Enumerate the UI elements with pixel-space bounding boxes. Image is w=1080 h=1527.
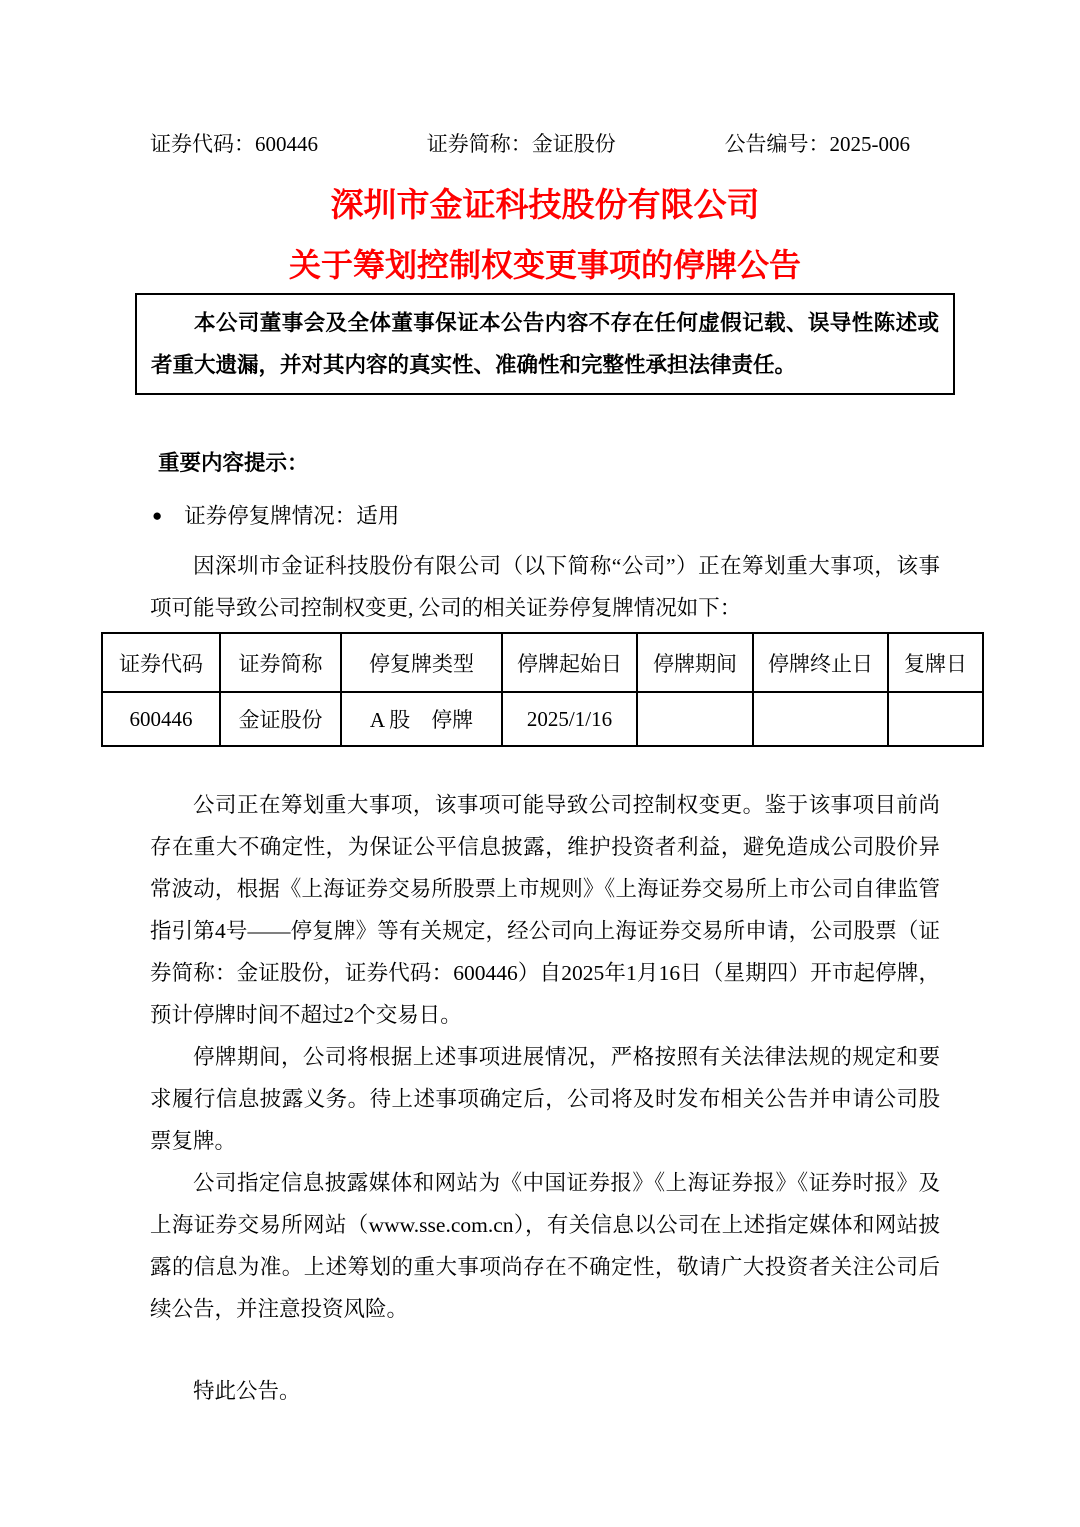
col-header-end-date: 停牌终止日 [753, 633, 888, 692]
stock-code: 证券代码：600446 [150, 131, 318, 157]
table-row: 600446 金证股份 A 股 停牌 2025/1/16 [102, 692, 983, 746]
body-paragraph-1: 公司正在筹划重大事项，该事项可能导致公司控制权变更。鉴于该事项目前尚存在重大不确… [150, 784, 940, 1036]
col-header-period: 停牌期间 [637, 633, 753, 692]
announcement-document: 证券代码：600446 证券简称：金证股份 公告编号：2025-006 深圳市金… [0, 0, 1080, 1412]
suspension-status-text: 证券停复牌情况：适用 [184, 502, 399, 530]
board-disclaimer-box: 本公司董事会及全体董事保证本公告内容不存在任何虚假记载、误导性陈述或者重大遗漏，… [135, 293, 955, 395]
announcement-title: 关于筹划控制权变更事项的停牌公告 [150, 243, 940, 287]
table-header-row: 证券代码 证券简称 停复牌类型 停牌起始日 停牌期间 停牌终止日 复牌日 [102, 633, 983, 692]
col-header-suspension-type: 停复牌类型 [341, 633, 502, 692]
board-disclaimer-text: 本公司董事会及全体董事保证本公告内容不存在任何虚假记载、误导性陈述或者重大遗漏，… [151, 302, 939, 386]
cell-stock-code: 600446 [102, 692, 220, 746]
company-title: 深圳市金证科技股份有限公司 [150, 183, 940, 227]
suspension-status-item: ● 证券停复牌情况：适用 [150, 502, 940, 530]
cell-start-date: 2025/1/16 [502, 692, 637, 746]
col-header-stock-name: 证券简称 [220, 633, 341, 692]
cell-period [637, 692, 753, 746]
cell-stock-name: 金证股份 [220, 692, 341, 746]
suspension-intro-paragraph: 因深圳市金证科技股份有限公司（以下简称“公司”）正在筹划重大事项，该事项可能导致… [150, 545, 940, 629]
important-notice-heading: 重要内容提示： [158, 449, 940, 477]
col-header-start-date: 停牌起始日 [502, 633, 637, 692]
body-paragraph-2: 停牌期间，公司将根据上述事项进展情况，严格按照有关法律法规的规定和要求履行信息披… [150, 1036, 940, 1162]
closing-statement: 特此公告。 [150, 1370, 940, 1412]
cell-end-date [753, 692, 888, 746]
cell-suspension-type: A 股 停牌 [341, 692, 502, 746]
header-info-line: 证券代码：600446 证券简称：金证股份 公告编号：2025-006 [150, 131, 910, 157]
stock-short-name: 证券简称：金证股份 [427, 131, 616, 157]
announcement-number: 公告编号：2025-006 [725, 131, 911, 157]
col-header-stock-code: 证券代码 [102, 633, 220, 692]
suspension-table: 证券代码 证券简称 停复牌类型 停牌起始日 停牌期间 停牌终止日 复牌日 600… [101, 632, 984, 747]
col-header-resume-date: 复牌日 [888, 633, 983, 692]
cell-resume-date [888, 692, 983, 746]
bullet-icon: ● [152, 502, 162, 530]
body-paragraph-3: 公司指定信息披露媒体和网站为《中国证券报》《上海证券报》《证券时报》及上海证券交… [150, 1162, 940, 1330]
